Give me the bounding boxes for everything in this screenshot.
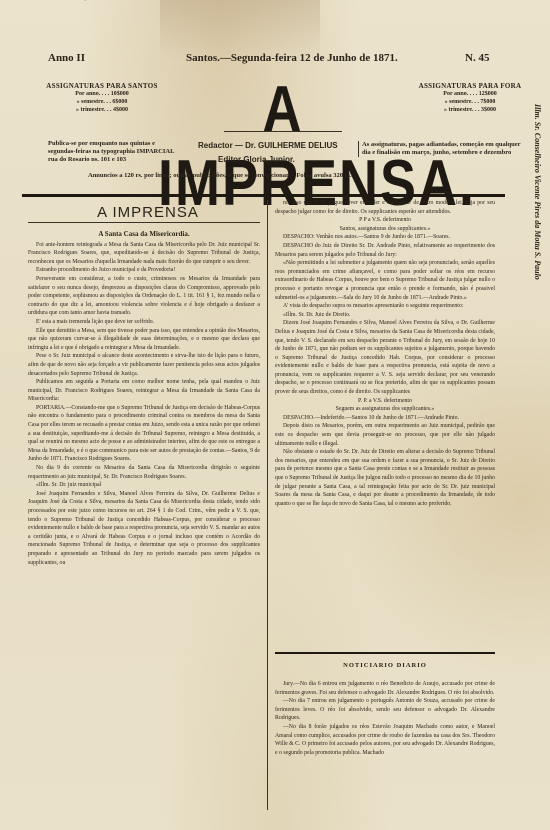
redactor-credit: Redactor — Dr. GUILHERME DELIUS (198, 141, 338, 150)
title-divider (224, 131, 342, 132)
paragraph: No dia 9 do corrente os Mesarios da Sant… (28, 464, 260, 481)
paragraph: DESPACHO.—Indeferido.—Santos 10 de Junho… (275, 414, 495, 423)
news-rubric: NOTICIARIO DIARIO (275, 662, 495, 669)
paragraph: E' esta a mais tremenda lição que deve t… (28, 318, 260, 327)
article-heading: A Santa Casa da Misericordia. (28, 230, 260, 239)
paragraph: Perseverante em considerar, a todo o cus… (28, 275, 260, 318)
subscription-line: » trimestre. . . 4$000 (42, 106, 162, 114)
paragraph: Depois disto os Mesarios, porém, em outr… (275, 422, 495, 448)
subscription-line: » semestre. . . 6$000 (42, 98, 162, 106)
news-item: —No dia 7 entrou em julgamento o portugu… (275, 697, 495, 723)
paragraph: Pese o Sr. Juiz municipal o alcance dest… (28, 352, 260, 378)
paragraph: PORTARIA.—Constando-me que o Supremo Tri… (28, 404, 260, 464)
subscription-line: Por anno. . . . 12$000 (395, 90, 545, 98)
subscription-line: Por anno. . . . 10$000 (42, 90, 162, 98)
paragraph: «Illm. Sr. Dr. Juiz de Direito. (275, 311, 495, 320)
paragraph: P P a V.S. deferimento (275, 216, 495, 225)
subscriptions-santos-heading: ASSIGNATURAS PARA SANTOS (42, 82, 162, 90)
column-rule (275, 652, 495, 654)
paragraph: «Illm. Sr. Dr. juiz municipal (28, 481, 260, 490)
subscriptions-fora-heading: ASSIGNATURAS PARA FORA (395, 82, 545, 90)
news-column: Jury.—No dia 6 entrou em julgamento o ré… (275, 680, 495, 757)
paragraph: Estranho procedimento do Juizo municipal… (28, 266, 260, 275)
section-rule (28, 222, 260, 223)
news-item: —No dia 8 forão julgados os réos Estevão… (275, 723, 495, 757)
paragraph: P. P. a V.S. deferimento (275, 397, 495, 406)
paragraph: A' vista do despacho supra os mesarios a… (275, 302, 495, 311)
paragraph: Não obstante o estado do Sr. Dr. Juiz de… (275, 448, 495, 508)
news-item: Jury.—No dia 6 entrou em julgamento o ré… (275, 680, 495, 697)
page-stain (160, 0, 320, 60)
paragraph: «Não permittindo a lei submetter a julga… (275, 259, 495, 302)
masthead-rule (22, 194, 505, 197)
issue-number: N. 45 (465, 52, 489, 64)
editor-credit: Editor Gloria Junior. (218, 155, 295, 164)
paragraph: Santos, assignaturas dos supplicantes.» (275, 225, 495, 234)
volume-label: Anno II (48, 52, 85, 64)
paragraph: Elle que demittio a Mesa, sem que tivess… (28, 327, 260, 353)
paragraph: DESPACHO: Venhão nos autos.—Santos 9 de … (275, 233, 495, 242)
section-title: A IMPRENSA (48, 204, 248, 221)
issue-date: Santos.—Segunda-feira 12 de Junho de 187… (186, 52, 398, 64)
publication-note: Publica-se por emquanto nas quintas e se… (48, 140, 180, 164)
right-column: no caso que V. S. julgue dever entender … (275, 199, 495, 508)
payment-note: As assignaturas, pagas adiantadas, começ… (358, 141, 522, 157)
left-column: A Santa Casa da Misericordia. Foi ante-h… (28, 228, 260, 567)
handwritten-address: Illm. Sr. Conselheiro Vicente Pires da M… (520, 104, 542, 334)
subscriptions-santos: ASSIGNATURAS PARA SANTOS Por anno. . . .… (42, 82, 162, 114)
paragraph: no caso que V. S. julgue dever entender … (275, 199, 495, 216)
advertising-rates: Annuncios a 120 rs. por linha; outras pu… (88, 172, 352, 179)
paragraph: DESPACHO do Juiz de Direito Sr. Dr. Andr… (275, 242, 495, 259)
paragraph: Seguem as assignaturas dos supplicantes.… (275, 405, 495, 414)
column-divider (267, 200, 268, 810)
paragraph: Foi ante-hontem reintegrada a Mesa da Sa… (28, 241, 260, 267)
paragraph: Publicamos em seguida a Portaria em como… (28, 378, 260, 404)
paragraph: José Joaquim Fernandes e Silva, Manoel A… (28, 490, 260, 567)
paragraph: Dizem José Joaquim Fernandes e Silva, Ma… (275, 319, 495, 396)
